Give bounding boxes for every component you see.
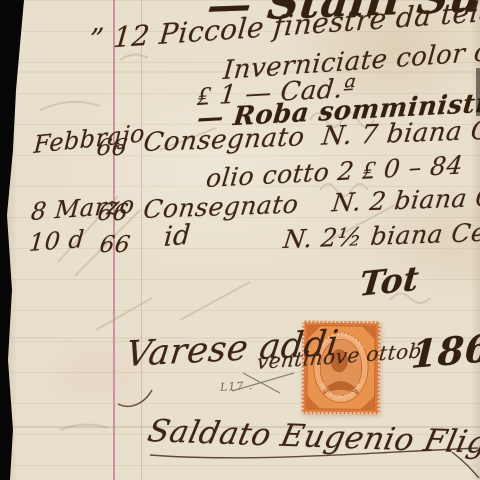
ledger-row-date: Febbrajo xyxy=(33,121,146,157)
scan-edge-shadow xyxy=(476,68,480,116)
ledger-row-year: 66 xyxy=(95,137,129,160)
margin-rule-right xyxy=(141,0,142,480)
total-label: Tot xyxy=(358,261,421,301)
ledger-row-ditto: id xyxy=(163,221,192,251)
paper-sheet: — Stalli Super ” 12 Piccole finestre da … xyxy=(0,0,480,480)
ledger-row-text: N. 2½ biana Cen xyxy=(282,219,480,252)
scanned-document: — Stalli Super ” 12 Piccole finestre da … xyxy=(0,0,480,480)
dateline-year: 1866 xyxy=(410,326,480,374)
ledger-row-date: 10 d xyxy=(28,227,86,255)
ledger-row-text: Consegnato N. 7 biana Cen xyxy=(142,117,480,156)
signature: Saldato Eugenio Fliggi xyxy=(145,416,480,460)
pencil-note: L17 . xyxy=(220,379,254,394)
ledger-row-year: 66 xyxy=(98,234,132,257)
ledger-row-year: 66 xyxy=(96,202,130,225)
ledger-row-text: Consegnato N. 2 biana Cener xyxy=(142,183,480,222)
